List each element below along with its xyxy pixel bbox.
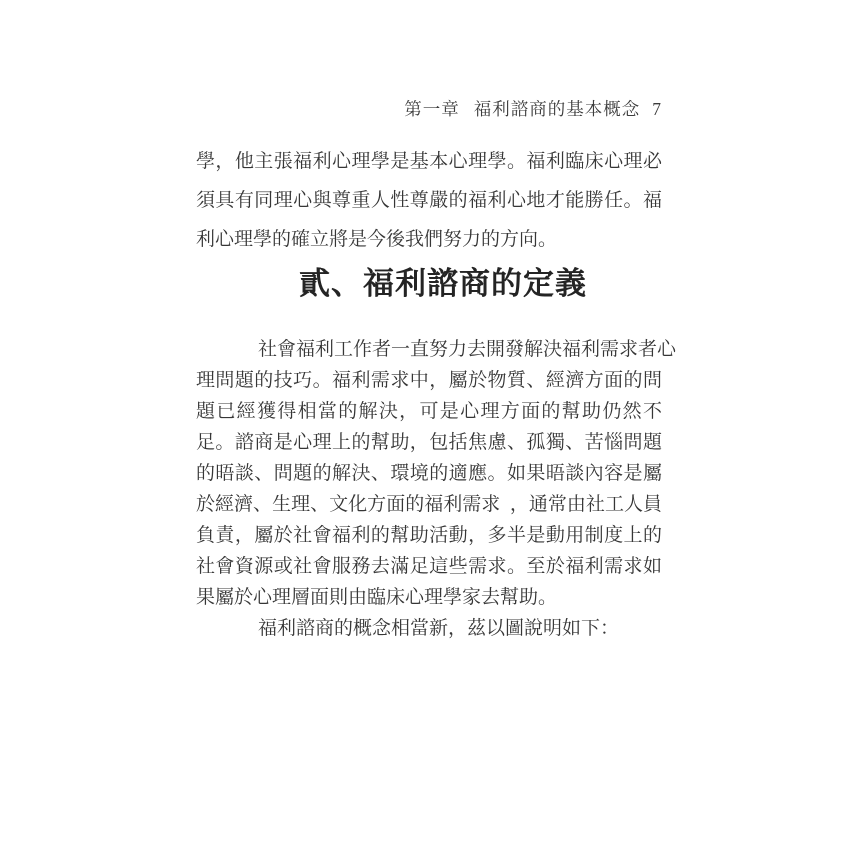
page-number: 7 bbox=[652, 99, 662, 119]
body-line: 負責，屬於社會福利的幫助活動，多半是動用制度上的 bbox=[196, 520, 662, 551]
section-heading: 貳、福利諮商的定義 bbox=[210, 262, 676, 306]
body-line: 理問題的技巧。福利需求中，屬於物質、經濟方面的問 bbox=[196, 365, 662, 396]
body-line: 利心理學的確立將是今後我們努力的方向。 bbox=[196, 220, 662, 259]
body-line: 社會福利工作者一直努力去開發解決福利需求者心 bbox=[196, 334, 662, 365]
body-line: 果屬於心理層面則由臨床心理學家去幫助。 bbox=[196, 582, 662, 613]
chapter-label: 第一章 bbox=[404, 99, 460, 119]
body-line: 於經濟、生理、文化方面的福利需求 ，通常由社工人員 bbox=[196, 489, 662, 520]
body-line: 學，他主張福利心理學是基本心理學。福利臨床心理必 bbox=[196, 142, 662, 181]
running-header: 第一章福利諮商的基本概念7 bbox=[196, 98, 662, 120]
body-line: 社會資源或社會服務去滿足這些需求。至於福利需求如 bbox=[196, 551, 662, 582]
body-line: 足。諮商是心理上的幫助，包括焦慮、孤獨、苦惱問題 bbox=[196, 427, 662, 458]
body-line: 福利諮商的概念相當新，茲以圖說明如下： bbox=[196, 613, 662, 644]
body-line: 須具有同理心與尊重人性尊嚴的福利心地才能勝任。福 bbox=[196, 181, 662, 220]
paragraph-continued: 學，他主張福利心理學是基本心理學。福利臨床心理必 須具有同理心與尊重人性尊嚴的福… bbox=[196, 142, 662, 259]
body-line: 題已經獲得相當的解決，可是心理方面的幫助仍然不 bbox=[196, 396, 662, 427]
paragraph-main: 社會福利工作者一直努力去開發解決福利需求者心 理問題的技巧。福利需求中，屬於物質… bbox=[196, 334, 662, 644]
scanned-book-page: 第一章福利諮商的基本概念7 學，他主張福利心理學是基本心理學。福利臨床心理必 須… bbox=[0, 0, 850, 850]
body-line: 的晤談、問題的解決、環境的適應。如果晤談內容是屬 bbox=[196, 458, 662, 489]
chapter-title: 福利諮商的基本概念 bbox=[474, 99, 641, 119]
